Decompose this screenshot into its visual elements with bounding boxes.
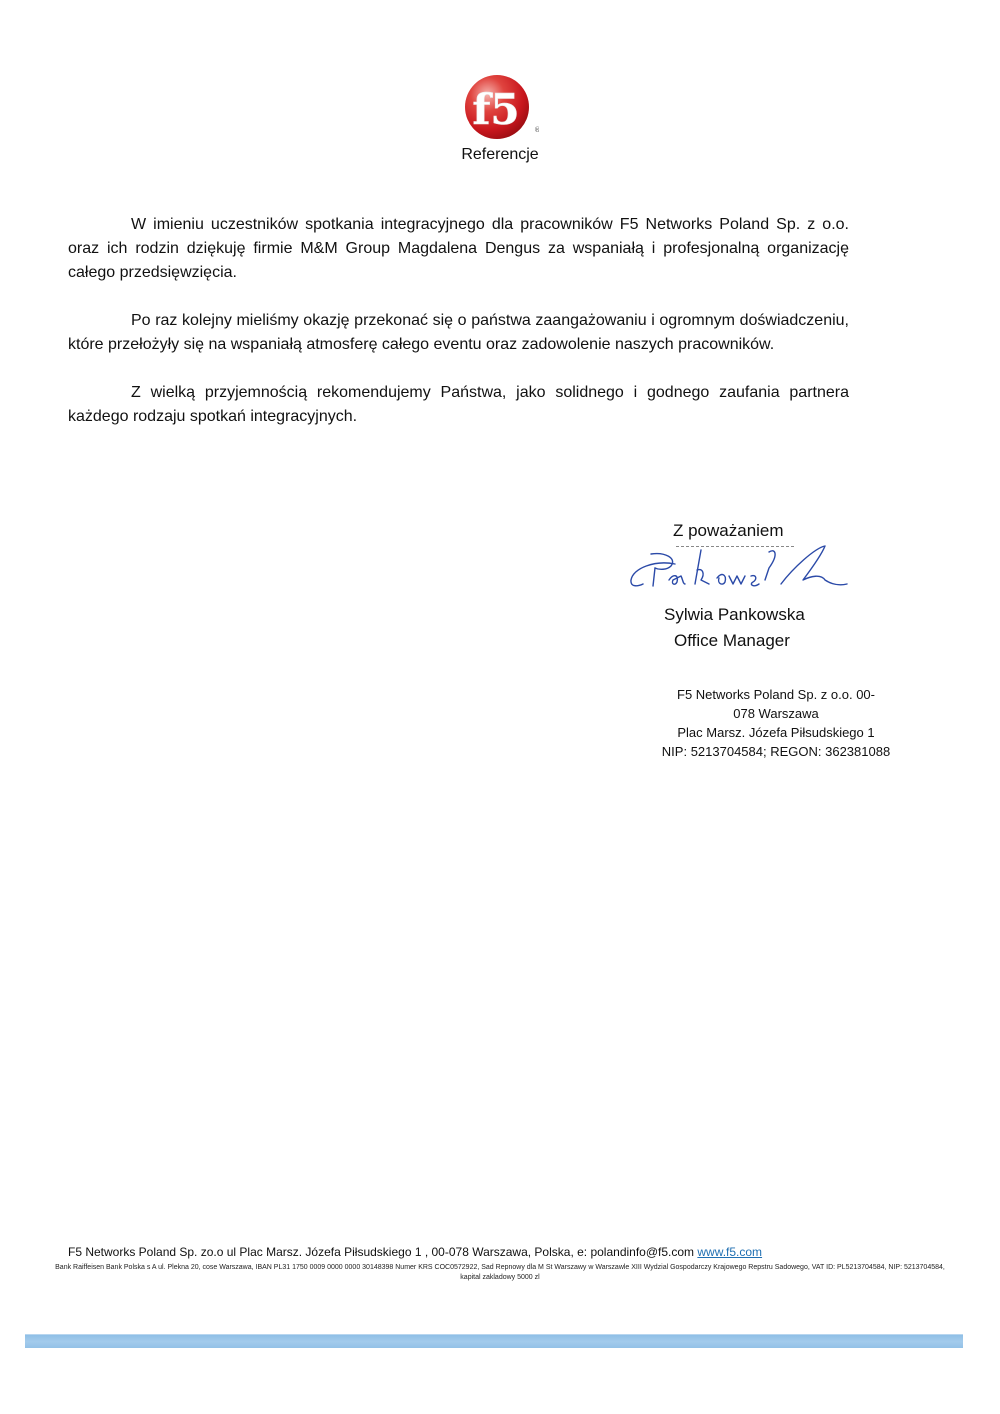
closing-salutation: Z poważaniem	[673, 521, 784, 541]
svg-text:®: ®	[534, 126, 539, 134]
footer-contact: F5 Networks Poland Sp. zo.o ul Plac Mars…	[68, 1245, 762, 1259]
f5-logo-icon: f5 ®	[461, 74, 539, 140]
address-line-3: Plac Marsz. Józefa Piłsudskiego 1	[652, 723, 900, 742]
paragraph-2: Po raz kolejny mieliśmy okazję przekonać…	[68, 309, 849, 357]
footer-contact-text: F5 Networks Poland Sp. zo.o ul Plac Mars…	[68, 1245, 697, 1259]
document-title: Referencje	[0, 146, 1000, 164]
address-line-1: F5 Networks Poland Sp. z o.o. 00-	[652, 685, 900, 704]
f5-logo: f5 ®	[461, 74, 539, 140]
address-line-4: NIP: 5213704584; REGON: 362381088	[652, 742, 900, 761]
paragraph-3: Z wielką przyjemnością rekomendujemy Pań…	[68, 381, 849, 429]
signer-role: Office Manager	[674, 631, 790, 651]
paragraph-1: W imieniu uczestników spotkania integrac…	[68, 213, 849, 285]
footer-decorative-bar	[25, 1334, 963, 1348]
address-line-2: 078 Warszawa	[652, 704, 900, 723]
website-link[interactable]: www.f5.com	[697, 1245, 762, 1259]
company-address: F5 Networks Poland Sp. z o.o. 00- 078 Wa…	[652, 685, 900, 761]
footer-legal-text: Bank Raiffeisen Bank Polska s A ul. Plek…	[50, 1263, 950, 1283]
letter-body: W imieniu uczestników spotkania integrac…	[68, 213, 849, 453]
signer-name: Sylwia Pankowska	[664, 605, 805, 625]
signature	[625, 540, 850, 596]
handwritten-signature-icon	[625, 540, 850, 596]
svg-text:f5: f5	[472, 85, 519, 134]
